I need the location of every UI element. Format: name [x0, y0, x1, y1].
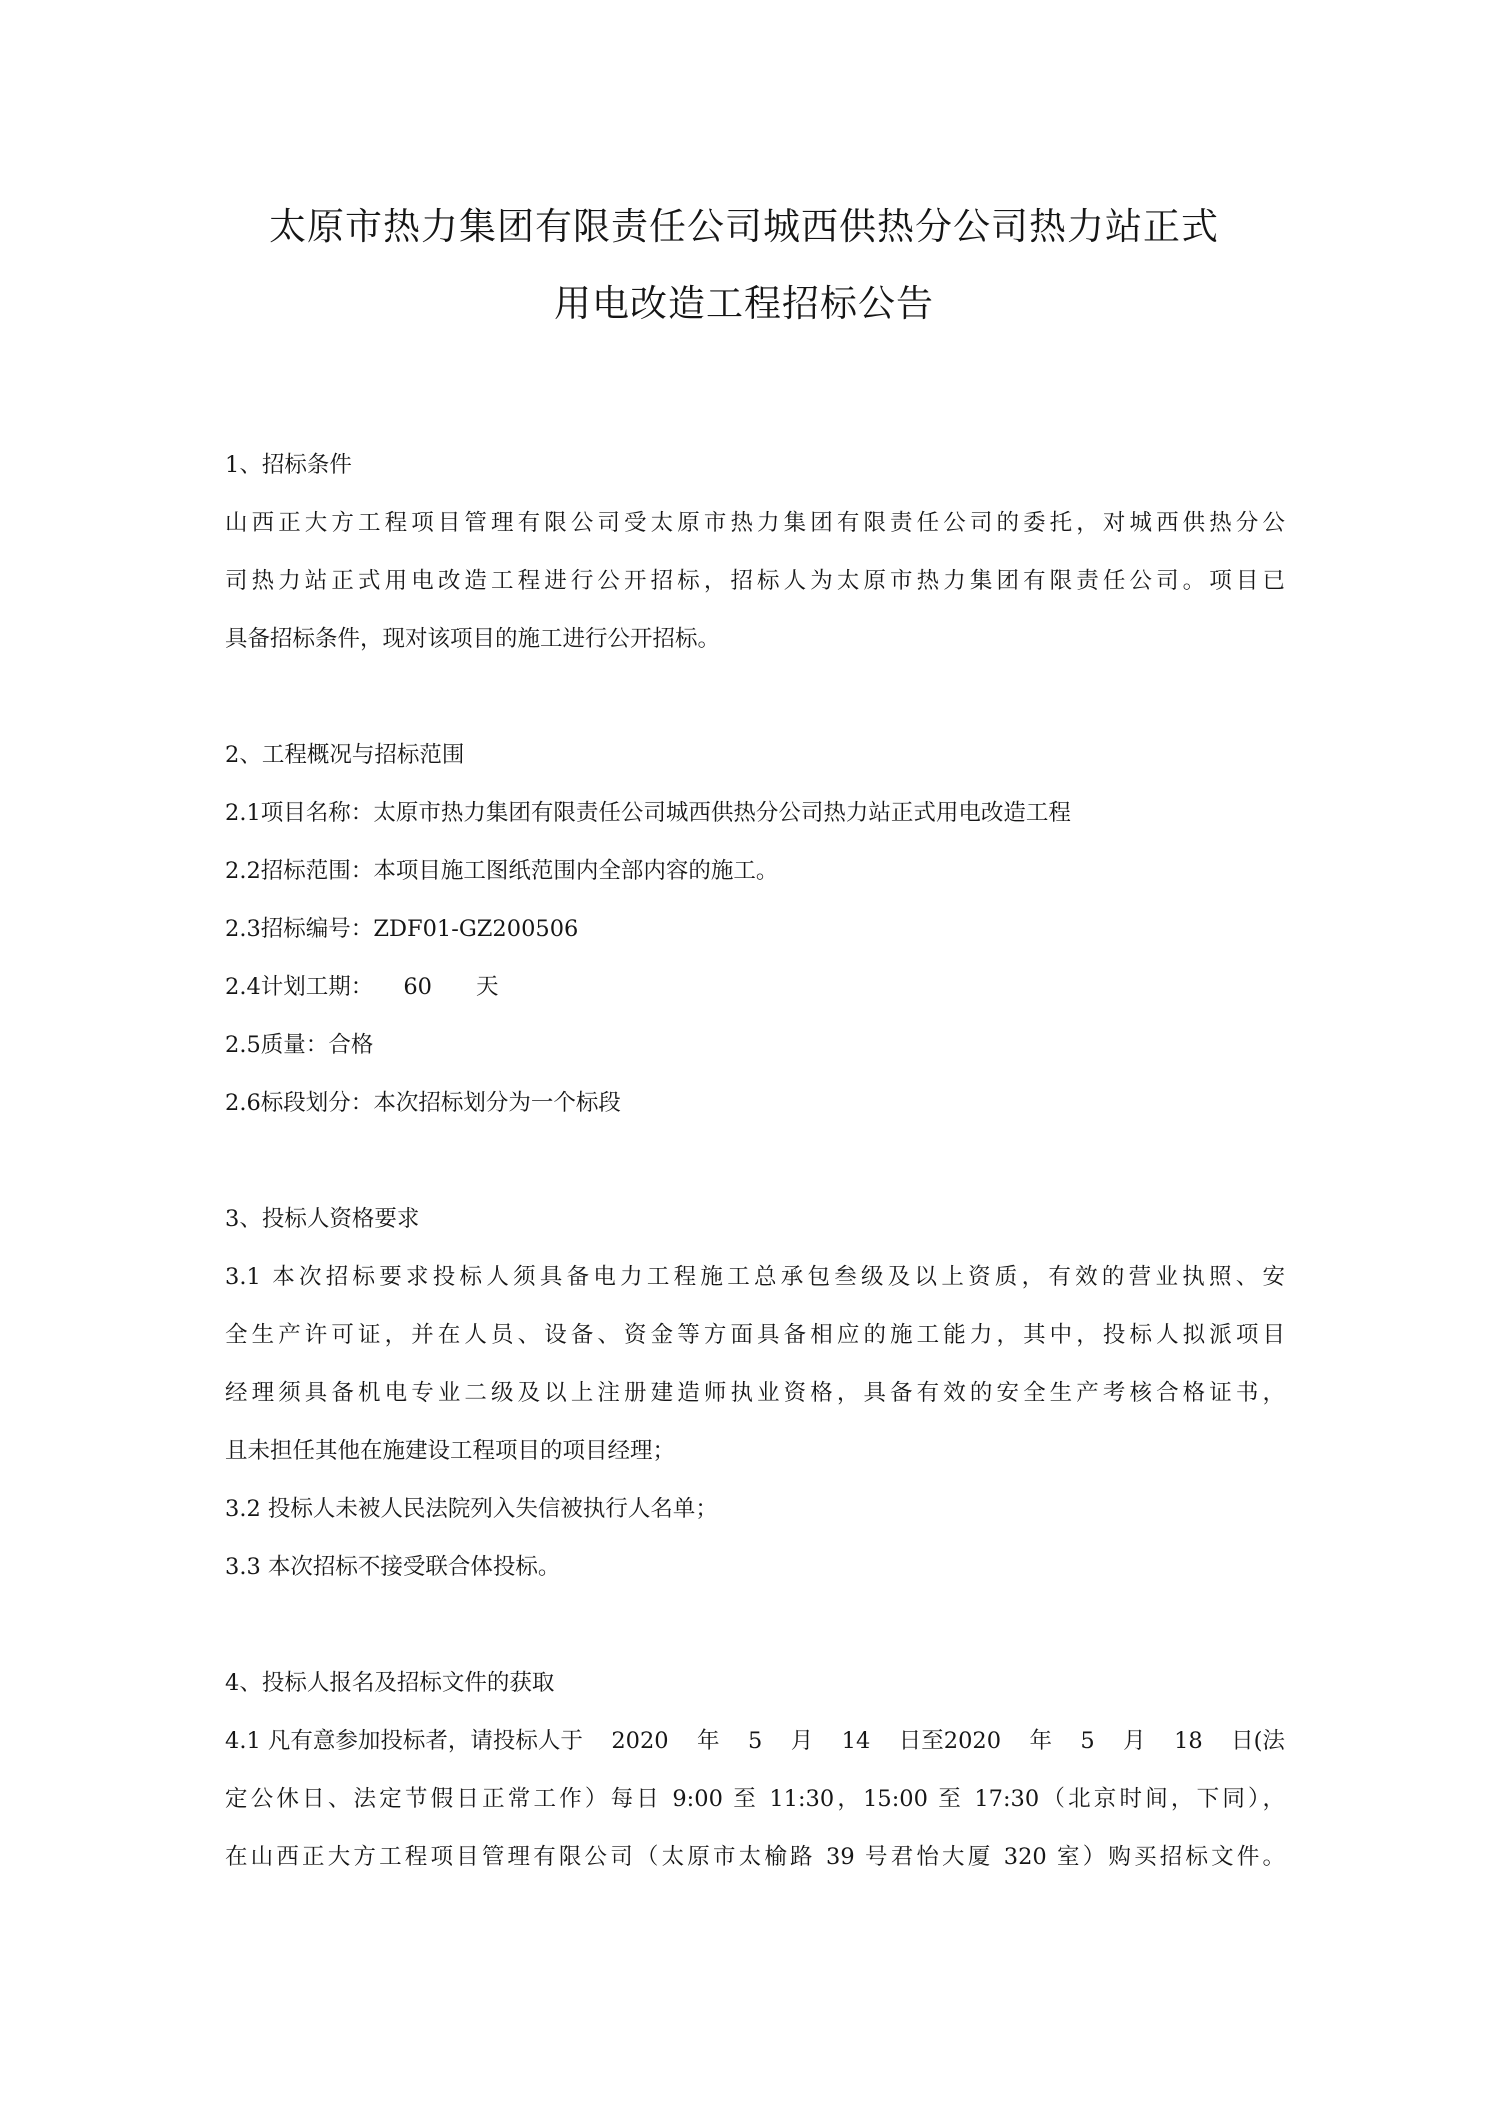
item-value: 本次招标划分为一个标段: [373, 1090, 621, 1116]
item-value: ZDF01-GZ200506: [373, 916, 578, 942]
item-label: 项目名称：: [261, 800, 374, 826]
document-title-line-2: 用电改造工程招标公告: [0, 273, 1488, 327]
section-2-heading: 2、工程概况与招标范围: [225, 740, 1285, 770]
section-1-heading: 1、招标条件: [225, 450, 1285, 480]
item-number: 2.5: [225, 1032, 261, 1058]
section-1-paragraph-line: 山西正大方工程项目管理有限公司受太原市热力集团有限责任公司的委托，对城西供热分公: [225, 508, 1285, 538]
start-year: 2020: [611, 1726, 668, 1756]
item-value: 太原市热力集团有限责任公司城西供热分公司热力站正式用电改造工程: [373, 800, 1071, 826]
item-label: 标段划分：: [261, 1090, 374, 1116]
item-number: 2.6: [225, 1090, 261, 1116]
section-4-paragraph-line: 定公休日、法定节假日正常工作）每日 9:00 至 11:30，15:00 至 1…: [225, 1784, 1285, 1814]
section-3-paragraph-line: 3.1 本次招标要求投标人须具备电力工程施工总承包叁级及以上资质，有效的营业执照…: [225, 1262, 1285, 1292]
month-unit: 月: [791, 1726, 814, 1756]
item-label: 质量：: [261, 1032, 329, 1058]
item-2-4-planned-duration: 2.4计划工期：60天: [225, 972, 1285, 1002]
day-unit-suffix: 日(法: [1231, 1726, 1285, 1756]
document-title-line-1: 太原市热力集团有限责任公司城西供热分公司热力站正式: [0, 196, 1488, 250]
section-3-heading: 3、投标人资格要求: [225, 1204, 1285, 1234]
section-3-paragraph-line: 且未担任其他在施建设工程项目的项目经理；: [225, 1436, 1285, 1466]
item-label: 招标范围：: [261, 858, 374, 884]
section-4-paragraph-line: 在山西正大方工程项目管理有限公司（太原市太榆路 39 号君怡大厦 320 室）购…: [225, 1842, 1285, 1872]
section-1-paragraph-line: 司热力站正式用电改造工程进行公开招标，招标人为太原市热力集团有限责任公司。项目已: [225, 566, 1285, 596]
section-4-heading: 4、投标人报名及招标文件的获取: [225, 1668, 1285, 1698]
month-unit: 月: [1123, 1726, 1146, 1756]
item-2-6-lot-division: 2.6标段划分：本次招标划分为一个标段: [225, 1088, 1285, 1118]
item-3-2: 3.2 投标人未被人民法院列入失信被执行人名单；: [225, 1494, 1285, 1524]
item-number: 2.3: [225, 916, 261, 942]
end-day: 18: [1174, 1726, 1203, 1756]
registration-prefix: 4.1 凡有意参加投标者，请投标人于: [225, 1726, 583, 1756]
start-month: 5: [748, 1726, 762, 1756]
item-4-1-registration-period: 4.1 凡有意参加投标者，请投标人于 2020 年 5 月 14 日至2020 …: [225, 1726, 1285, 1756]
section-3-paragraph-line: 经理须具备机电专业二级及以上注册建造师执业资格，具备有效的安全生产考核合格证书，: [225, 1378, 1285, 1408]
item-number: 2.1: [225, 800, 261, 826]
end-month: 5: [1080, 1726, 1094, 1756]
item-number: 2.2: [225, 858, 261, 884]
item-value: 合格: [328, 1032, 373, 1058]
item-2-1-project-name: 2.1项目名称：太原市热力集团有限责任公司城西供热分公司热力站正式用电改造工程: [225, 798, 1285, 828]
section-3-paragraph-line: 全生产许可证，并在人员、设备、资金等方面具备相应的施工能力，其中，投标人拟派项目: [225, 1320, 1285, 1350]
item-value: 60: [403, 974, 432, 1000]
year-unit: 年: [697, 1726, 720, 1756]
item-2-2-scope: 2.2招标范围：本项目施工图纸范围内全部内容的施工。: [225, 856, 1285, 886]
item-label: 招标编号：: [261, 916, 374, 942]
item-2-5-quality: 2.5质量：合格: [225, 1030, 1285, 1060]
section-1-paragraph-line: 具备招标条件，现对该项目的施工进行公开招标。: [225, 624, 1285, 654]
item-number: 2.4: [225, 974, 261, 1000]
item-2-3-tender-number: 2.3招标编号：ZDF01-GZ200506: [225, 914, 1285, 944]
start-day: 14: [842, 1726, 871, 1756]
item-value: 本项目施工图纸范围内全部内容的施工。: [373, 858, 778, 884]
day-to: 日至2020: [899, 1726, 1001, 1756]
document-page: 太原市热力集团有限责任公司城西供热分公司热力站正式 用电改造工程招标公告 1、招…: [0, 0, 1488, 2105]
item-3-3: 3.3 本次招标不接受联合体投标。: [225, 1552, 1285, 1582]
item-label: 计划工期：: [261, 974, 374, 1000]
year-unit: 年: [1029, 1726, 1052, 1756]
item-unit: 天: [476, 974, 499, 1000]
